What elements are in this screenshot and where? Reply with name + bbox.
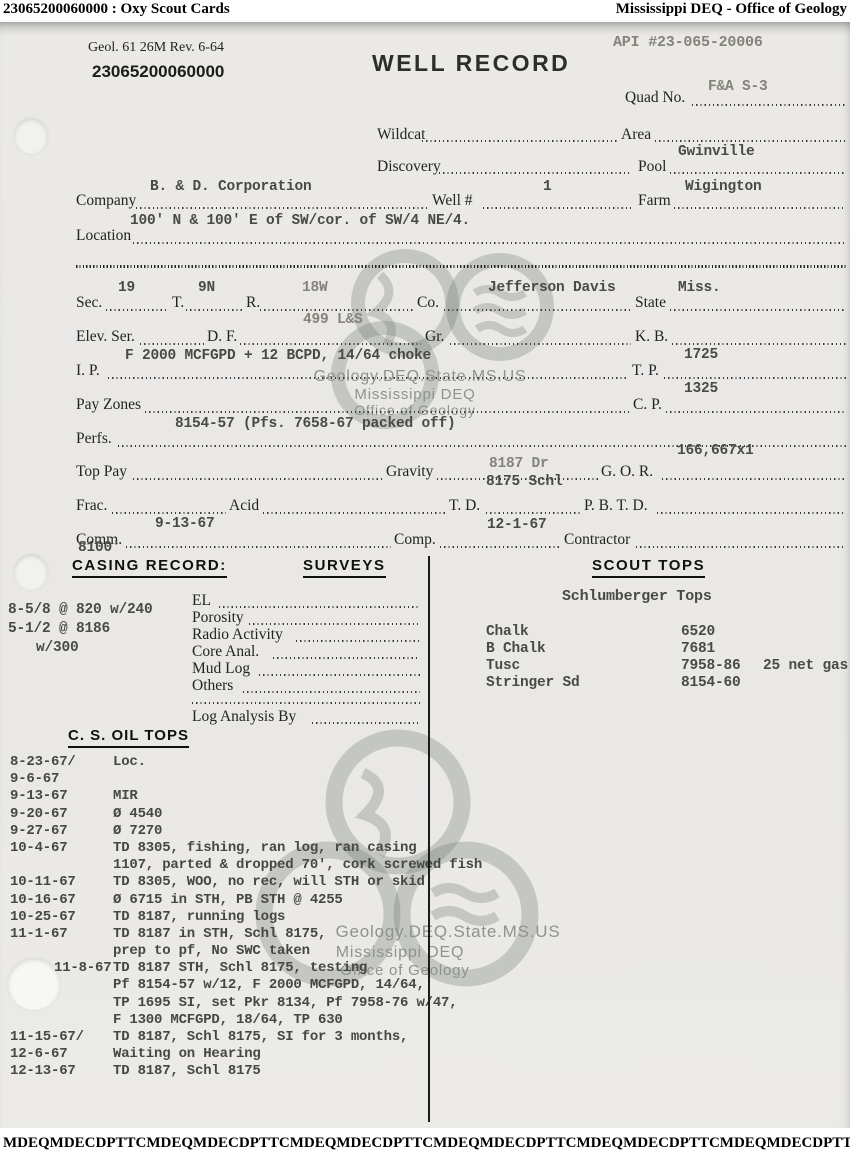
dotted-line (655, 140, 846, 142)
footer-token: PTTC (106, 1135, 146, 1152)
field-value-gor: 166,667x1 (677, 443, 754, 459)
log-text: prep to pf, No SWC taken (113, 943, 310, 960)
scout-top-depth: 8154-60 (681, 675, 741, 691)
scout-top-depth: 7681 (681, 641, 715, 657)
field-label-perfs: Perfs. (76, 430, 112, 448)
field-label-elev-ser: Elev. Ser. (76, 328, 135, 346)
log-text: TD 8305, WOO, no rec, will STH or skid (113, 874, 425, 891)
log-entry: 9-6-67 (10, 771, 425, 788)
log-entry: 10-4-67TD 8305, fishing, ran log, ran ca… (10, 840, 425, 857)
dotted-line (249, 623, 420, 625)
footer-token: MDEQ (433, 1135, 480, 1152)
log-date: 11-8-67 (10, 960, 113, 977)
document-number: 23065200060000 (92, 62, 224, 82)
field-value-df: 499 L&S (303, 312, 363, 328)
log-entry: 10-25-67TD 8187, running logs (10, 909, 425, 926)
casing-line: w/300 (36, 640, 79, 656)
log-date: 10-11-67 (10, 874, 113, 891)
dotted-line (260, 309, 413, 311)
section-separator (76, 265, 848, 268)
field-label-pay-zones: Pay Zones (76, 396, 141, 414)
log-entry: 1107, parted & dropped 70', cork screwed… (10, 857, 425, 874)
field-label-area: Area (621, 126, 651, 144)
dotted-line (670, 172, 846, 174)
viewer-bottom-bar: MDEQ MDECD PTTC MDEQ MDECD PTTC MDEQ MDE… (0, 1130, 850, 1156)
log-date: 8-23-67/ (10, 754, 113, 771)
log-entry: 9-20-67Ø 4540 (10, 806, 425, 823)
log-entry: 12-13-67TD 8187, Schl 8175 (10, 1063, 425, 1080)
log-text: F 1300 MCFGPD, 18/64, TP 630 (113, 1012, 343, 1029)
footer-token: MDECD (193, 1135, 250, 1152)
scout-top-depth: 7958-86 (681, 658, 741, 674)
section-heading-cs-oil-tops: C. S. OIL TOPS (68, 727, 189, 748)
dotted-line (444, 309, 631, 311)
survey-item-el: EL (192, 592, 211, 610)
field-label-range: R. (246, 294, 260, 312)
footer-token: PTTC (250, 1135, 290, 1152)
log-date: 9-13-67 (10, 788, 113, 805)
field-value-sec: 19 (118, 280, 135, 296)
scout-top-name: Chalk (486, 624, 529, 640)
survey-item-mud-log: Mud Log (192, 660, 250, 678)
dotted-line (259, 674, 420, 676)
footer-token: PTTC (823, 1135, 850, 1152)
footer-token: MDECD (336, 1135, 393, 1152)
log-text: Ø 6715 in STH, PB STH @ 4255 (113, 892, 343, 909)
field-label-company: Company (76, 192, 136, 210)
log-text: TD 8187 STH, Schl 8175, testing (113, 960, 367, 977)
log-text: TD 8305, fishing, ran log, ran casing (113, 840, 416, 857)
log-text: Loc. (113, 754, 146, 771)
field-label-acid: Acid (229, 497, 259, 515)
field-value-tp: 1725 (684, 347, 718, 363)
log-text: MIR (113, 788, 138, 805)
footer-token: MDECD (50, 1135, 107, 1152)
field-value-township: 9N (198, 280, 215, 296)
field-label-township: T. (172, 294, 184, 312)
log-date (10, 1012, 113, 1029)
dotted-line (312, 722, 420, 724)
footer-token: MDECD (766, 1135, 823, 1152)
log-entry: 11-1-67TD 8187 in STH, Schl 8175, (10, 926, 425, 943)
log-entry: Pf 8154-57 w/12, F 2000 MCFGPD, 14/64, (10, 977, 425, 994)
dotted-line (240, 343, 421, 345)
log-entry: 9-27-67Ø 7270 (10, 823, 425, 840)
field-value-comm: 9-13-67 (155, 516, 215, 532)
field-label-tp: T. P. (632, 362, 659, 380)
api-number: API #23-065-20006 (613, 34, 763, 51)
section-heading-scout-tops: SCOUT TOPS (592, 557, 705, 578)
log-entry: 10-16-67Ø 6715 in STH, PB STH @ 4255 (10, 892, 425, 909)
dotted-line (133, 478, 383, 480)
field-label-pool: Pool (638, 158, 666, 176)
field-value-perfs: 8154-57 (Pfs. 7658-67 packed off) (175, 416, 456, 432)
log-entry: 8-23-67/Loc. (10, 754, 425, 771)
dotted-line (108, 377, 628, 379)
dotted-line (273, 657, 420, 659)
scout-top-name: Tusc (486, 658, 520, 674)
footer-token: PTTC (680, 1135, 720, 1152)
field-label-comp: Comp. (394, 531, 436, 549)
log-entry: 11-8-67TD 8187 STH, Schl 8175, testing (10, 960, 425, 977)
field-label-td: T. D. (449, 497, 480, 515)
log-date (10, 977, 113, 994)
log-date: 10-4-67 (10, 840, 113, 857)
field-value-td-driller: 8187 Dr (489, 456, 549, 472)
log-text: Waiting on Hearing (113, 1046, 261, 1063)
log-date: 11-15-67/ (10, 1029, 113, 1046)
hole-punch (14, 118, 48, 154)
form-revision-note: Geol. 61 26M Rev. 6-64 (88, 40, 224, 56)
field-label-gravity: Gravity (386, 463, 433, 481)
viewer-title-left: 23065200060000 : Oxy Scout Cards (3, 1, 230, 18)
dotted-line (133, 242, 846, 244)
field-label-df: D. F. (207, 328, 237, 346)
dotted-line (112, 512, 226, 514)
dotted-line (296, 640, 420, 642)
survey-item-others: Others (192, 677, 233, 695)
field-value-cp: 1325 (684, 381, 718, 397)
viewer-title-right: Mississippi DEQ - Office of Geology (616, 1, 847, 18)
log-entry: 12-6-67Waiting on Hearing (10, 1046, 425, 1063)
footer-token: MDEQ (576, 1135, 623, 1152)
dotted-line (186, 309, 242, 311)
log-text: TD 8187, Schl 8175 (113, 1063, 261, 1080)
dotted-line (636, 546, 846, 548)
log-entry: TP 1695 SI, set Pkr 8134, Pf 7958-76 w/4… (10, 995, 425, 1012)
log-entry: 10-11-67TD 8305, WOO, no rec, will STH o… (10, 874, 425, 891)
log-entry: 9-13-67MIR (10, 788, 425, 805)
field-label-location: Location (76, 227, 131, 245)
dotted-line (657, 512, 846, 514)
log-date: 9-6-67 (10, 771, 113, 788)
field-label-farm: Farm (638, 192, 671, 210)
field-value-quad: F&A S-3 (708, 79, 768, 95)
log-date: 12-13-67 (10, 1063, 113, 1080)
log-text: Ø 7270 (113, 823, 162, 840)
log-text: TD 8187 in STH, Schl 8175, (113, 926, 326, 943)
log-text: TP 1695 SI, set Pkr 8134, Pf 7958-76 w/4… (113, 995, 457, 1012)
log-date (10, 857, 113, 874)
field-label-discovery: Discovery (377, 158, 441, 176)
dotted-line (440, 546, 561, 548)
footer-token: PTTC (393, 1135, 433, 1152)
field-value-td-schlumberger: 8175 Schl (486, 474, 563, 490)
column-divider (428, 556, 430, 1122)
log-date: 9-20-67 (10, 806, 113, 823)
survey-log-analysis-label: Log Analysis By (192, 708, 296, 726)
casing-line: 5-1/2 @ 8186 (8, 621, 110, 637)
field-label-frac: Frac. (76, 497, 107, 515)
log-entry: 11-15-67/TD 8187, Schl 8175, SI for 3 mo… (10, 1029, 425, 1046)
dotted-line (692, 104, 846, 106)
dotted-line (439, 172, 630, 174)
survey-item-core-anal: Core Anal. (192, 643, 259, 661)
dotted-line (136, 207, 429, 209)
field-label-ip: I. P. (76, 362, 100, 380)
field-label-sec: Sec. (76, 294, 102, 312)
log-entry: prep to pf, No SWC taken (10, 943, 425, 960)
field-value-comp: 12-1-67 (487, 517, 547, 533)
survey-item-radio-activity: Radio Activity (192, 626, 283, 644)
dotted-line (450, 343, 631, 345)
field-label-top-pay: Top Pay (76, 463, 127, 481)
footer-token: MDEQ (3, 1135, 50, 1152)
footer-token: MDECD (480, 1135, 537, 1152)
log-text: TD 8187, Schl 8175, SI for 3 months, (113, 1029, 408, 1046)
dotted-line (666, 411, 846, 413)
section-heading-casing-record: CASING RECORD: (72, 557, 227, 578)
dotted-line (486, 512, 581, 514)
dotted-line (674, 207, 846, 209)
field-label-gor: G. O. R. (601, 463, 653, 481)
field-value-range: 18W (302, 280, 328, 296)
scout-top-note: 25 net gas (763, 658, 848, 674)
dotted-line (483, 207, 634, 209)
field-label-wildcat: Wildcat (377, 126, 425, 144)
log-date (10, 943, 113, 960)
field-label-state: State (635, 294, 666, 312)
field-value-farm: Wigington (685, 179, 762, 195)
footer-token: MDECD (623, 1135, 680, 1152)
field-label-well-number: Well # (432, 192, 473, 210)
field-label-quad: Quad No. (625, 89, 685, 107)
depth-note: 8100' (78, 540, 121, 556)
survey-item-porosity: Porosity (192, 609, 244, 627)
field-label-kb: K. B. (635, 328, 668, 346)
dotted-line (664, 377, 846, 379)
field-label-pbtd: P. B. T. D. (584, 497, 648, 515)
log-text: TD 8187, running logs (113, 909, 285, 926)
footer-token: MDEQ (290, 1135, 337, 1152)
log-date: 9-27-67 (10, 823, 113, 840)
casing-line: 8-5/8 @ 820 w/240 (8, 602, 153, 618)
dotted-line (672, 343, 846, 345)
log-text: 1107, parted & dropped 70', cork screwed… (113, 857, 482, 874)
oil-tops-log: 8-23-67/Loc. 9-6-67 9-13-67MIR 9-20-67Ø … (10, 754, 425, 1081)
dotted-line (263, 512, 446, 514)
footer-token: MDEQ (720, 1135, 767, 1152)
dotted-line (106, 309, 168, 311)
dotted-line (243, 691, 420, 693)
field-label-contractor: Contractor (564, 531, 630, 549)
scout-tops-subheading: Schlumberger Tops (562, 588, 712, 605)
field-label-cp: C. P. (633, 396, 662, 414)
log-date: 10-16-67 (10, 892, 113, 909)
dotted-line (422, 140, 618, 142)
watermark-text: Mississippi DEQ (354, 386, 475, 403)
scout-top-name: B Chalk (486, 641, 546, 657)
field-value-state: Miss. (678, 280, 721, 296)
field-value-ip: F 2000 MCFGPD + 12 BCPD, 14/64 choke (125, 348, 431, 364)
log-entry: F 1300 MCFGPD, 18/64, TP 630 (10, 1012, 425, 1029)
field-value-county: Jefferson Davis (488, 280, 616, 296)
log-text: Pf 8154-57 w/12, F 2000 MCFGPD, 14/64, (113, 977, 425, 994)
log-date (10, 995, 113, 1012)
field-value-well-number: 1 (543, 179, 552, 195)
dotted-line (126, 546, 391, 548)
log-text: Ø 4540 (113, 806, 162, 823)
hole-punch (14, 554, 48, 590)
dotted-line (670, 309, 846, 311)
field-label-gr: Gr. (425, 328, 444, 346)
page-title: WELL RECORD (372, 50, 570, 77)
dotted-line (145, 411, 629, 413)
dotted-line (192, 702, 420, 704)
log-date: 11-1-67 (10, 926, 113, 943)
footer-token: PTTC (536, 1135, 576, 1152)
scout-top-name: Stringer Sd (486, 675, 580, 691)
field-value-location: 100' N & 100' E of SW/cor. of SW/4 NE/4. (130, 213, 470, 229)
field-label-county: Co. (417, 294, 439, 312)
field-value-pool: Gwinville (678, 144, 755, 160)
log-date: 12-6-67 (10, 1046, 113, 1063)
footer-token: MDEQ (146, 1135, 193, 1152)
scout-top-depth: 6520 (681, 624, 715, 640)
log-date: 10-25-67 (10, 909, 113, 926)
dotted-line (662, 478, 846, 480)
dotted-line (219, 606, 420, 608)
dotted-line (140, 343, 204, 345)
viewer-top-bar: 23065200060000 : Oxy Scout Cards Mississ… (0, 0, 850, 22)
section-heading-surveys: SURVEYS (303, 557, 386, 578)
field-value-company: B. & D. Corporation (150, 179, 312, 195)
